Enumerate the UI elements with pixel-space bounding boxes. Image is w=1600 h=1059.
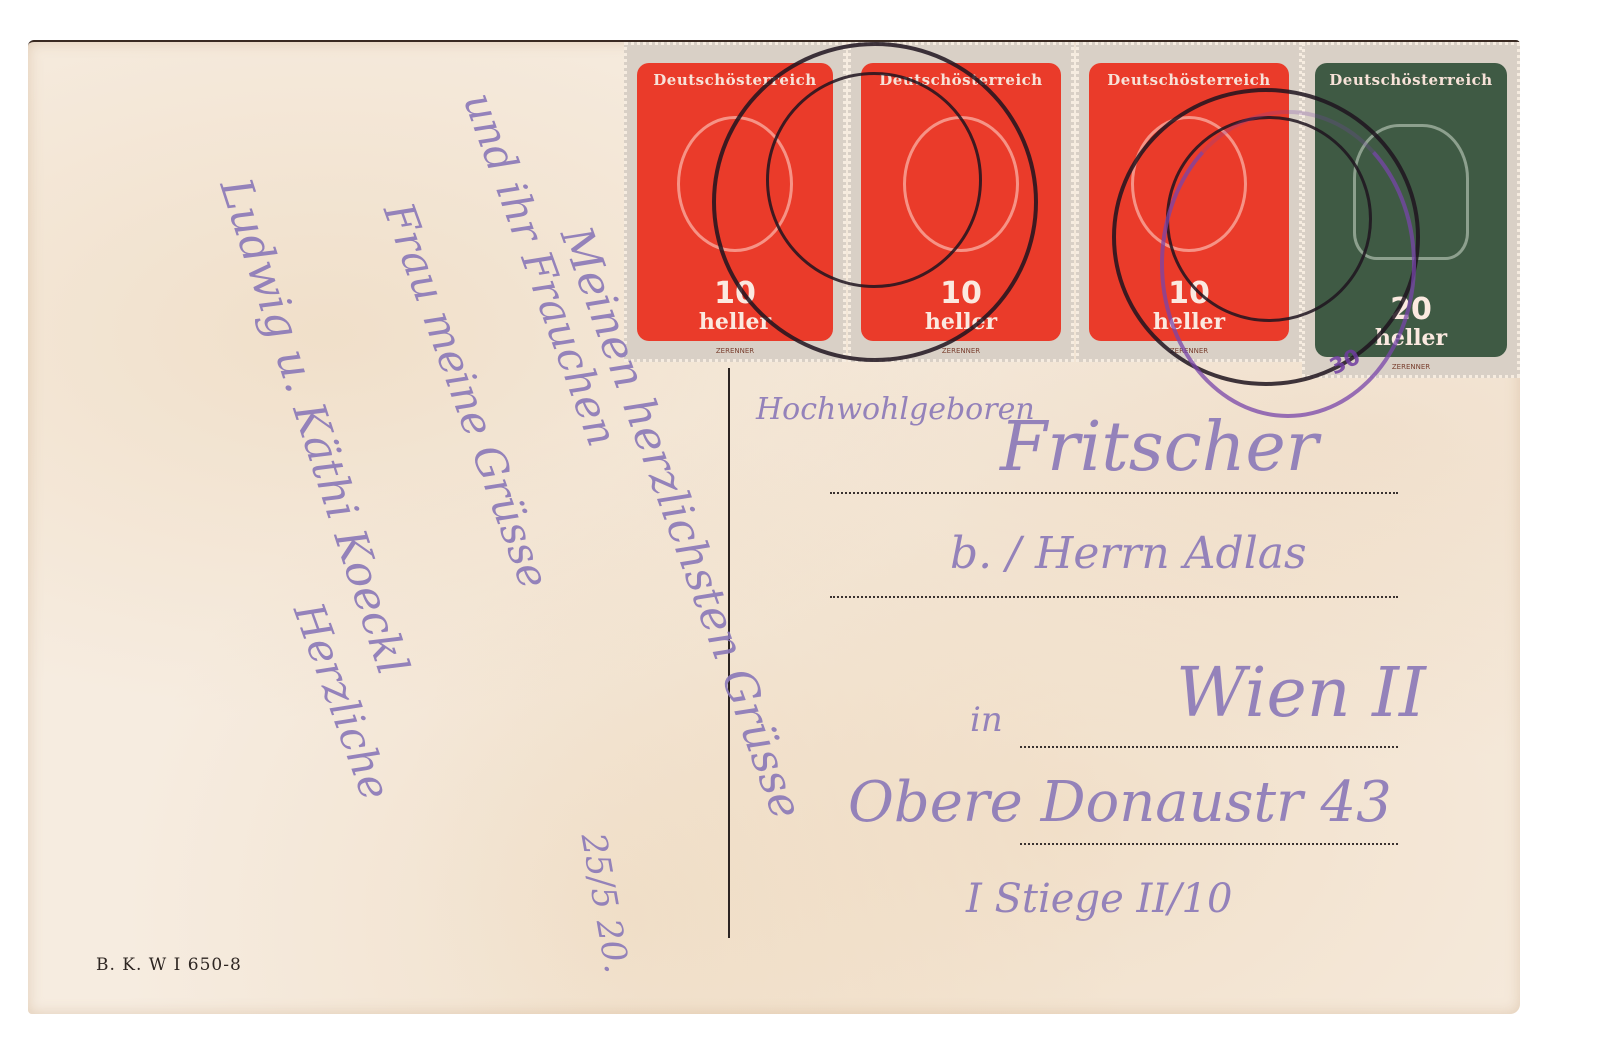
address-street: Obere Donaustr 43 [848,770,1392,835]
stamp-country: Deutschösterreich [653,71,816,89]
stamp-1: Deutschösterreich 10 heller ZERENNER [624,42,846,362]
address-care-of: b. / Herrn Adlas [950,528,1307,579]
stamp-designer: ZERENNER [1079,347,1299,355]
address-floor: I Stiege II/10 [966,876,1232,922]
stamp-unit: heller [1153,309,1225,335]
stamp-designer: ZERENNER [851,347,1071,355]
stamp-designer: ZERENNER [627,347,843,355]
stamp-4: Deutschösterreich 20 heller ZERENNER [1302,42,1520,378]
stamp-3: Deutschösterreich 10 heller ZERENNER [1076,42,1302,362]
eagle-coat-of-arms-icon [677,116,793,252]
stamp-unit: heller [925,309,997,335]
stamp-value: 20 [1375,295,1447,325]
address-salutation: Hochwohlgeboren [756,392,1035,427]
address-line-1 [830,492,1398,494]
address-name: Fritscher [1000,408,1318,487]
stamp-value: 10 [1153,279,1225,309]
address-city-prefix: in [970,700,1003,740]
stamp-2: Deutschösterreich 10 heller ZERENNER [848,42,1074,362]
stamp-value: 10 [699,279,771,309]
stamp-unit: heller [699,309,771,335]
eagle-coat-of-arms-icon [903,116,1019,252]
address-city: Wien II [1176,654,1426,733]
stamp-value: 10 [925,279,997,309]
stamp-country: Deutschösterreich [879,71,1042,89]
stamp-unit: heller [1375,325,1447,351]
allegorical-figure-icon [1353,124,1469,260]
stamp-country: Deutschösterreich [1107,71,1270,89]
address-line-2 [830,596,1398,598]
printer-mark: B. K. W I 650-8 [96,955,242,975]
eagle-coat-of-arms-icon [1131,116,1247,252]
stamp-country: Deutschösterreich [1329,71,1492,89]
address-line-3 [1020,746,1398,748]
address-line-4 [1020,843,1398,845]
